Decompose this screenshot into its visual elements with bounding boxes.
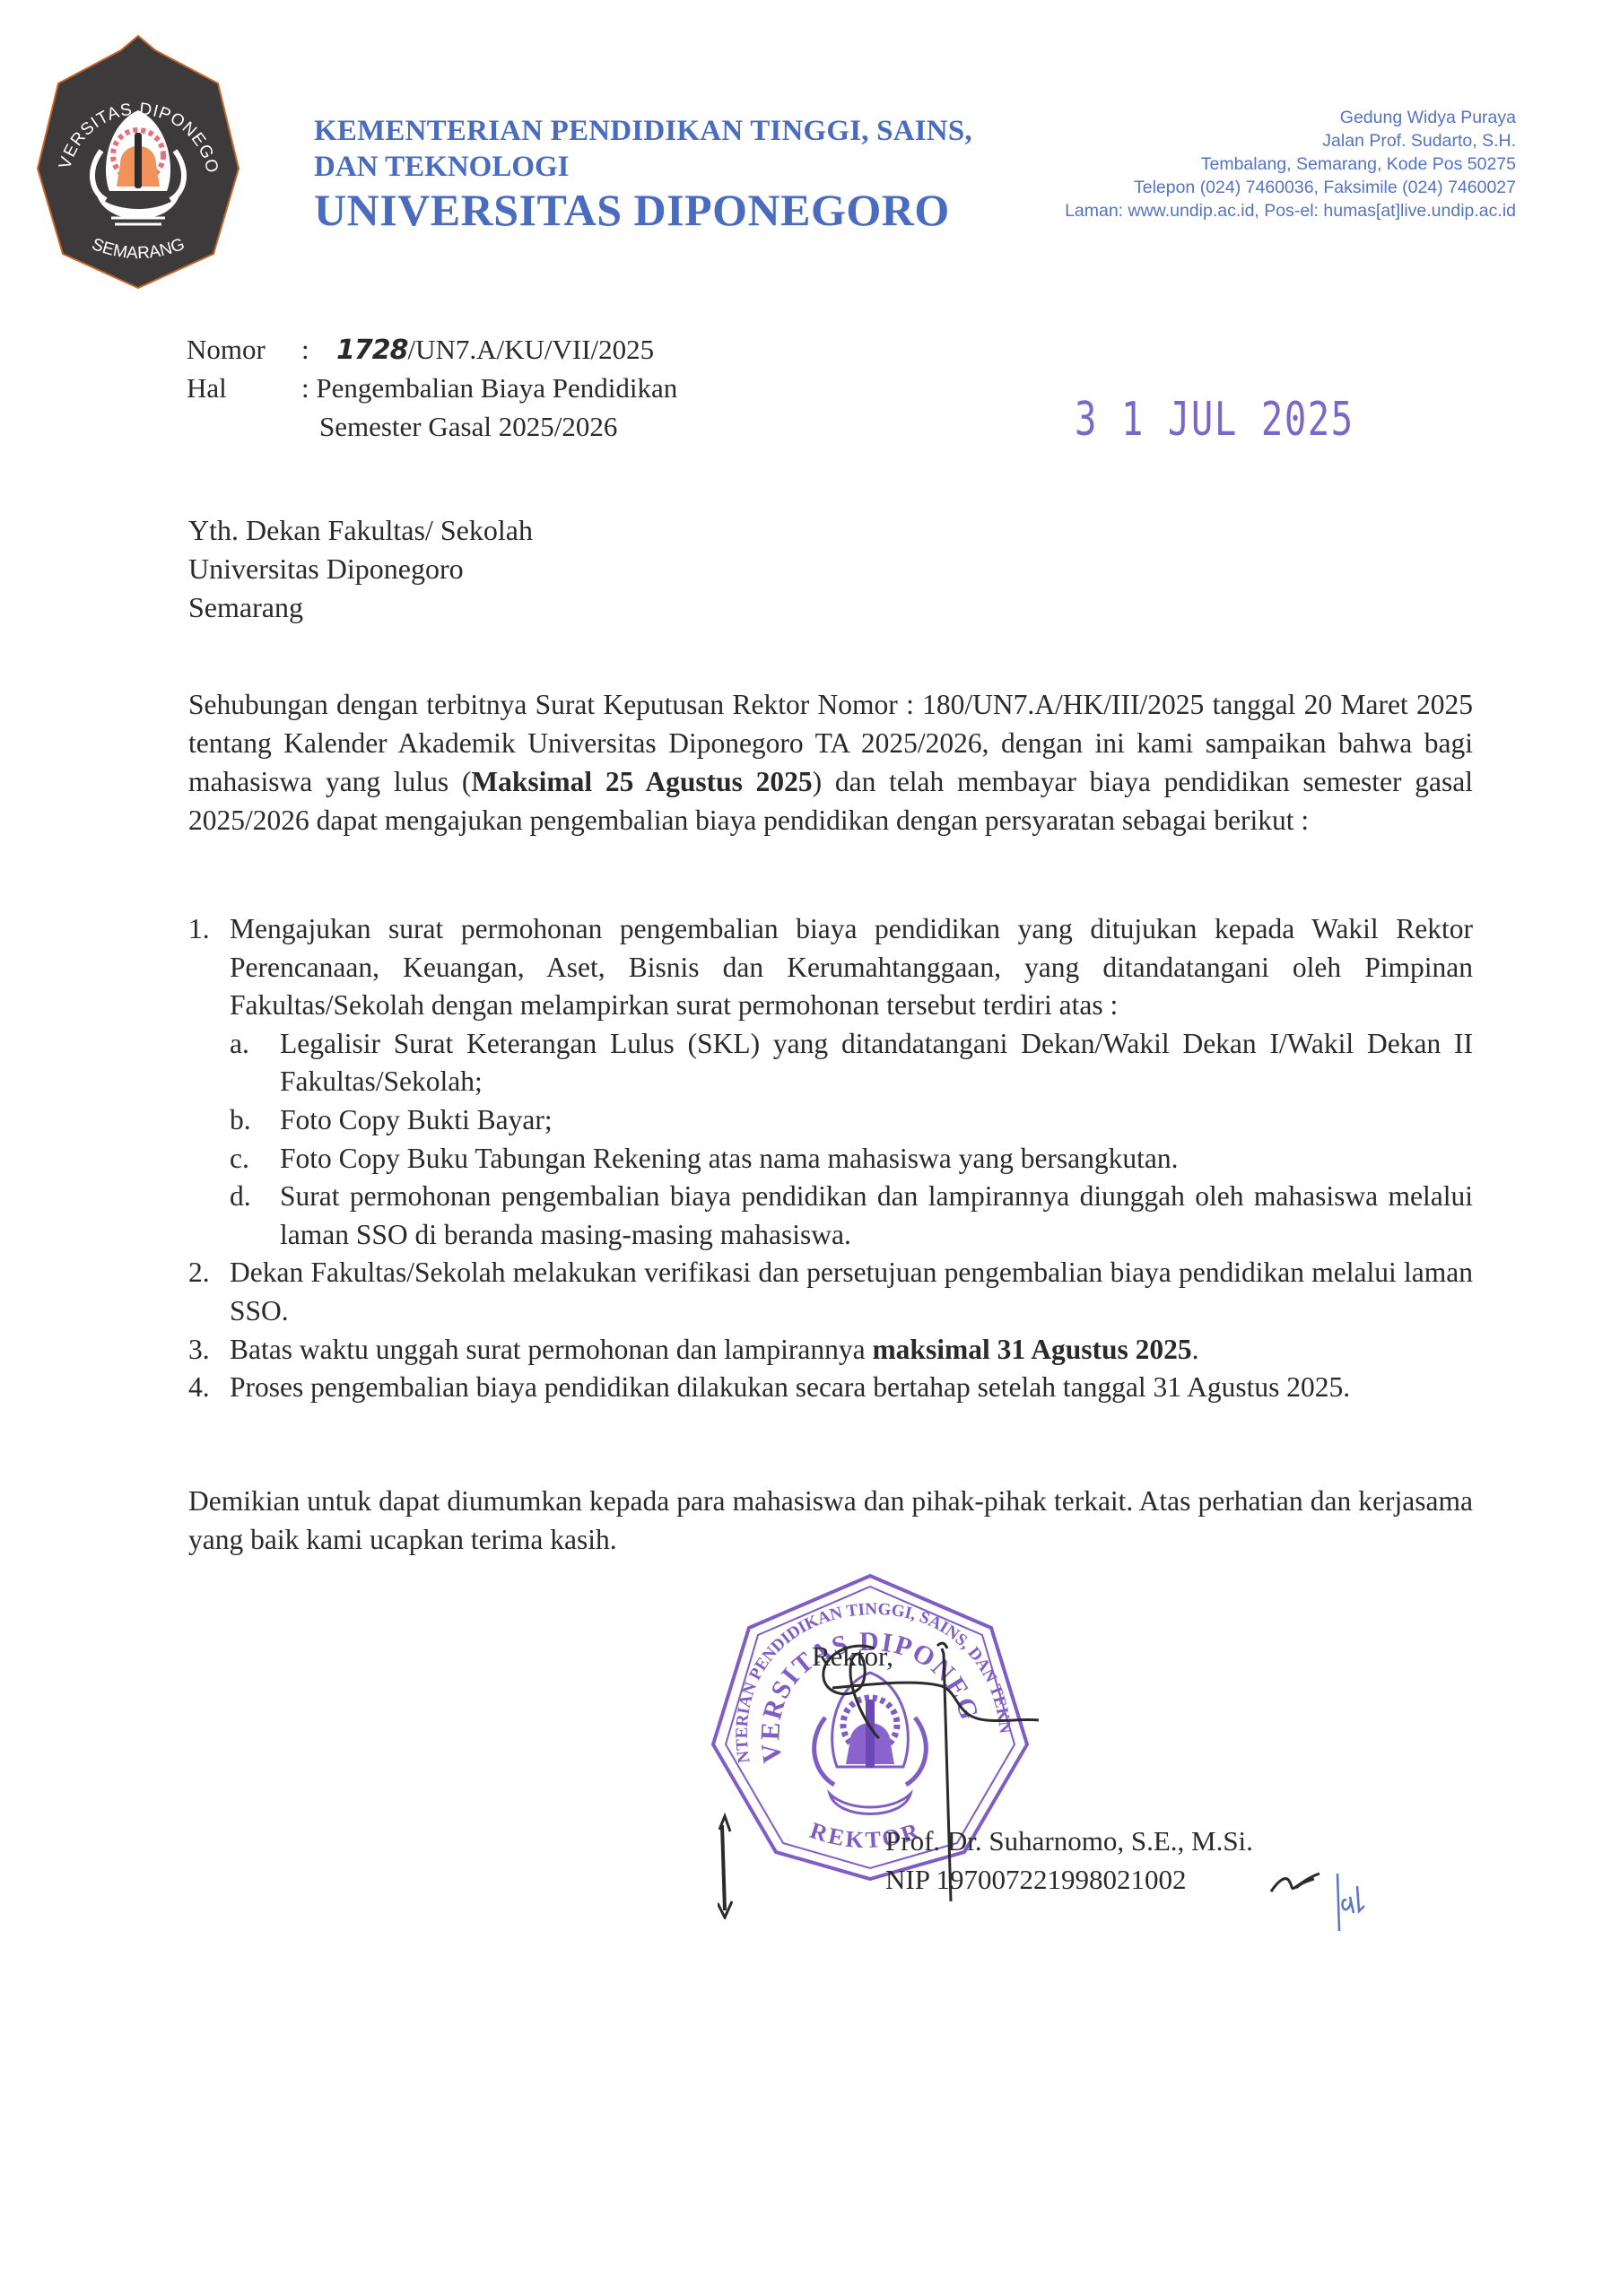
ministry-name-line1: KEMENTERIAN PENDIDIKAN TINGGI, SAINS, [314, 115, 972, 148]
addressee-line: Semarang [188, 588, 533, 627]
sub-list-letter: d. [230, 1178, 251, 1216]
sub-list-letter: c. [230, 1140, 249, 1178]
address-line: Telepon (024) 7460036, Faksimile (024) 7… [1065, 176, 1516, 199]
list-item-text: Batas waktu unggah surat permohonan dan … [230, 1331, 1473, 1370]
addressee-line: Universitas Diponegoro [188, 550, 533, 588]
nomor-label: Nomor [187, 330, 266, 369]
address-line: Jalan Prof. Sudarto, S.H. [1065, 129, 1516, 152]
closing-paragraph: Demikian untuk dapat diumumkan kepada pa… [188, 1482, 1473, 1559]
handwritten-signature-icon [718, 1632, 1435, 1919]
list-number: 2. [188, 1254, 210, 1292]
intro-paragraph: Sehubungan dengan terbitnya Surat Keputu… [188, 685, 1473, 839]
sub-list-item: a.Legalisir Surat Keterangan Lulus (SKL)… [230, 1025, 1473, 1101]
ministry-name-line2: DAN TEKNOLOGI [314, 151, 570, 184]
letter-number-suffix: /UN7.A/KU/VII/2025 [408, 334, 655, 365]
sub-list-text: Legalisir Surat Keterangan Lulus (SKL) y… [280, 1025, 1473, 1101]
letter-number: 1728/UN7.A/KU/VII/2025 [336, 330, 654, 370]
addressee-line: Yth. Dekan Fakultas/ Sekolah [188, 511, 533, 550]
list-number: 3. [188, 1331, 210, 1370]
handwritten-number: 1728 [336, 335, 408, 366]
initial-paraf-icon [1334, 1870, 1370, 1933]
sub-list-letter: b. [230, 1101, 251, 1140]
subject-line1: : Pengembalian Biaya Pendidikan [301, 369, 677, 407]
sub-list-item: c.Foto Copy Buku Tabungan Rekening atas … [230, 1140, 1473, 1178]
addressee-block: Yth. Dekan Fakultas/ Sekolah Universitas… [188, 511, 533, 627]
list-item-text: Proses pengembalian biaya pendidikan dil… [230, 1369, 1473, 1407]
upload-deadline-text: Batas waktu unggah surat permohonan dan … [230, 1334, 872, 1365]
upload-deadline: maksimal 31 Agustus 2025 [872, 1334, 1191, 1365]
requirements-list: 1. Mengajukan surat permohonan pengembal… [188, 910, 1473, 1407]
address-line: Gedung Widya Puraya [1065, 106, 1516, 129]
subject-line2: Semester Gasal 2025/2026 [319, 407, 617, 446]
hal-label: Hal [187, 369, 227, 407]
list-item: 2. Dekan Fakultas/Sekolah melakukan veri… [188, 1254, 1473, 1330]
graduation-deadline: Maksimal 25 Agustus 2025 [471, 766, 812, 797]
sub-list-letter: a. [230, 1025, 249, 1064]
list-item: 3. Batas waktu unggah surat permohonan d… [188, 1331, 1473, 1370]
university-name: UNIVERSITAS DIPONEGORO [314, 184, 950, 236]
list-item-text: Mengajukan surat permohonan pengembalian… [230, 910, 1473, 1025]
university-address: Gedung Widya Puraya Jalan Prof. Sudarto,… [1065, 106, 1516, 222]
sub-list-item: b.Foto Copy Bukti Bayar; [230, 1101, 1473, 1140]
list-number: 4. [188, 1369, 210, 1407]
sub-list-text: Foto Copy Bukti Bayar; [280, 1101, 1473, 1140]
nomor-colon: : [301, 330, 309, 369]
university-emblem-icon: UNIVERSITAS DIPONEGORO SEMARANG [34, 34, 242, 290]
address-line: Laman: www.undip.ac.id, Pos-el: humas[at… [1065, 199, 1516, 222]
date-stamp: 3 1 JUL 2025 [1075, 393, 1354, 447]
sub-list-item: d.Surat permohonan pengembalian biaya pe… [230, 1178, 1473, 1254]
address-line: Tembalang, Semarang, Kode Pos 50275 [1065, 152, 1516, 176]
list-item: 4. Proses pengembalian biaya pendidikan … [188, 1369, 1473, 1407]
list-number: 1. [188, 910, 210, 949]
list-item-text: Dekan Fakultas/Sekolah melakukan verifik… [230, 1254, 1473, 1330]
list-item: 1. Mengajukan surat permohonan pengembal… [188, 910, 1473, 1254]
punctuation: . [1192, 1334, 1199, 1365]
sub-list-text: Foto Copy Buku Tabungan Rekening atas na… [280, 1140, 1473, 1178]
check-scribble-icon [1269, 1870, 1323, 1897]
sub-list-text: Surat permohonan pengembalian biaya pend… [280, 1178, 1473, 1254]
